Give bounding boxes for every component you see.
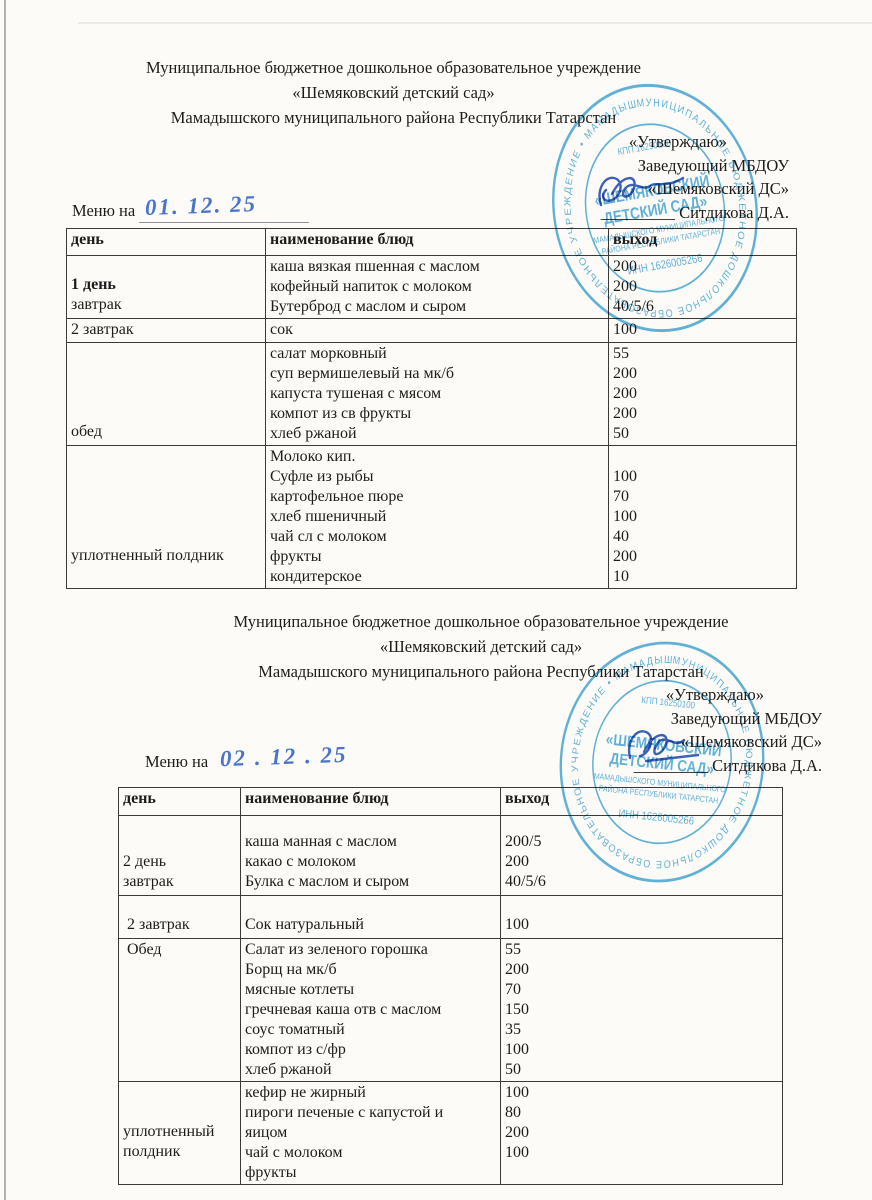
org-header-2: Муниципальное бюджетное дошкольное образ…	[100, 609, 862, 684]
approve-block-1: «Утверждаю» Заведующий МБДОУ «Шемяковски…	[601, 130, 789, 224]
dishes-cell: Салат из зеленого горошка Борщ на мк/б м…	[241, 939, 501, 1082]
signature-underline: _________	[634, 756, 708, 775]
approve-line: «Шемяковский ДС»	[634, 730, 822, 754]
menu-label-text: Меню на	[145, 752, 208, 771]
approve-line: Заведующий МБДОУ	[634, 707, 822, 731]
header-day: день	[67, 229, 266, 256]
header-output: выход	[609, 229, 797, 256]
day-cell: уплотненный полдник	[119, 1082, 241, 1185]
output-cell: 100 80 200 100	[501, 1082, 783, 1185]
output-cell: 55 200 70 150 35 100 50	[501, 939, 783, 1082]
output-cell: 100 70 100 40 200 10	[609, 446, 797, 589]
table-header-row: день наименование блюд выход	[67, 229, 797, 256]
org-line: «Шемяковский детский сад»	[26, 80, 761, 105]
menu-date-area: 02 . 12 . 25	[214, 747, 354, 773]
table-row: 2 завтрак Сок натуральный 100	[119, 896, 783, 939]
dishes-cell: сок	[266, 319, 609, 343]
output-cell: 200/5 200 40/5/6	[501, 816, 783, 896]
table-row: уплотненный полдник кефир не жирный пиро…	[119, 1082, 783, 1185]
menu-table-1: день наименование блюд выход 1 день завт…	[66, 228, 797, 589]
org-line: Муниципальное бюджетное дошкольное образ…	[26, 55, 761, 80]
signature-row: _________ Ситдикова Д.А.	[634, 754, 822, 778]
menu-label-text: Меню на	[72, 201, 135, 220]
handwritten-date: 02 . 12 . 25	[214, 742, 354, 773]
approve-line: «Утверждаю»	[634, 683, 764, 707]
dishes-cell: Сок натуральный	[241, 896, 501, 939]
approve-line: «Шемяковский ДС»	[601, 177, 789, 201]
dishes-cell: Молоко кип. Суфле из рыбы картофельное п…	[266, 446, 609, 589]
signature-row: _________ Ситдикова Д.А.	[601, 201, 789, 225]
org-line: Мамадышского муниципального района Респу…	[100, 659, 862, 684]
approver-name: Ситдикова Д.А.	[679, 203, 789, 222]
table-row: 2 день завтрак каша манная с маслом кака…	[119, 816, 783, 896]
output-cell: 100	[501, 896, 783, 939]
signature-underline: _________	[601, 203, 675, 222]
approve-line: Заведующий МБДОУ	[601, 154, 789, 178]
handwritten-date: 01. 12. 25	[139, 191, 264, 221]
table-row: Обед Салат из зеленого горошка Борщ на м…	[119, 939, 783, 1082]
header-dishes: наименование блюд	[241, 788, 501, 816]
day-cell: 2 день завтрак	[119, 816, 241, 896]
approver-name: Ситдикова Д.А.	[712, 756, 822, 775]
table-header-row: день наименование блюд выход	[119, 788, 783, 816]
header-output: выход	[501, 788, 783, 816]
dishes-cell: салат морковный суп вермишелевый на мк/б…	[266, 343, 609, 446]
menu-date-line: 01. 12. 25	[139, 196, 309, 223]
header-day: день	[119, 788, 241, 816]
menu-title-1: Меню на01. 12. 25	[72, 196, 309, 223]
scanned-menu-page: Муниципальное бюджетное дошкольное образ…	[0, 0, 872, 1200]
scan-edge-line	[4, 0, 6, 1200]
header-dishes: наименование блюд	[266, 229, 609, 256]
table-row: 1 день завтрак каша вязкая пшенная с мас…	[67, 256, 797, 319]
approve-line: «Утверждаю»	[601, 130, 727, 154]
output-cell: 100	[609, 319, 797, 343]
day-cell: 1 день завтрак	[67, 256, 266, 319]
dishes-cell: каша вязкая пшенная с маслом кофейный на…	[266, 256, 609, 319]
scan-artifact-line	[78, 22, 872, 24]
table-row: уплотненный полдник Молоко кип. Суфле из…	[67, 446, 797, 589]
dishes-cell: каша манная с маслом какао с молоком Бул…	[241, 816, 501, 896]
table-row: 2 завтрак сок 100	[67, 319, 797, 343]
org-line: Мамадышского муниципального района Респу…	[26, 105, 761, 130]
signature-area: _________	[634, 754, 708, 778]
output-cell: 200 200 40/5/6	[609, 256, 797, 319]
org-header-1: Муниципальное бюджетное дошкольное образ…	[26, 55, 761, 130]
output-cell: 55 200 200 200 50	[609, 343, 797, 446]
table-row: обед салат морковный суп вермишелевый на…	[67, 343, 797, 446]
dishes-cell: кефир не жирный пироги печеные с капусто…	[241, 1082, 501, 1185]
menu-table-2: день наименование блюд выход 2 день завт…	[118, 787, 783, 1185]
approve-block-2: «Утверждаю» Заведующий МБДОУ «Шемяковски…	[634, 683, 822, 777]
org-line: Муниципальное бюджетное дошкольное образ…	[100, 609, 862, 634]
day-cell: 2 завтрак	[119, 896, 241, 939]
day-cell: 2 завтрак	[67, 319, 266, 343]
org-line: «Шемяковский детский сад»	[100, 634, 862, 659]
day-cell: обед	[67, 343, 266, 446]
menu-title-2: Меню на02 . 12 . 25	[145, 747, 354, 773]
day-cell: уплотненный полдник	[67, 446, 266, 589]
day-cell: Обед	[119, 939, 241, 1082]
signature-area: _________	[601, 201, 675, 225]
